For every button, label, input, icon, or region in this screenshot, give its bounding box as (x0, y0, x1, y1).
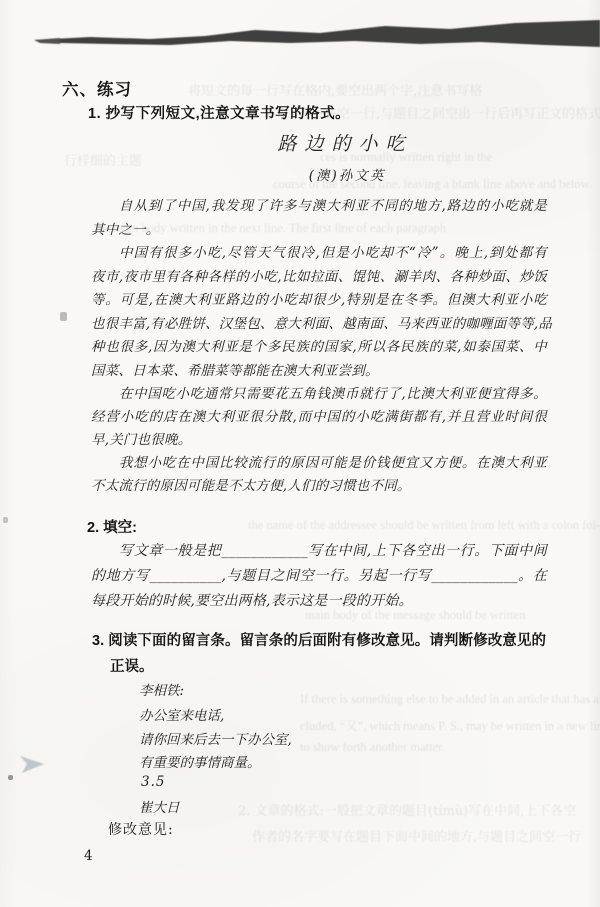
article-line: 其中之一。 (91, 220, 547, 240)
article-line: 自从到了中国,我发现了许多与澳大利亚不同的地方,路边的小吃就是 (91, 196, 547, 216)
article-title: 路边的小吃 (91, 129, 573, 156)
article-line: 也很丰富,有必胜饼、汉堡包、意大利面、越南面、马来西亚的咖喱面等等,品 (91, 314, 547, 334)
scan-artifact-band (0, 0, 600, 60)
bleedthrough-text: If there is something else to be added i… (300, 692, 600, 707)
article-line: 早,关门也很晚。 (91, 430, 547, 450)
scanned-textbook-page: 将短文的每一行写在格内,要空出两个字,注意书写格 上下各空一行,与题目之间空出一… (0, 0, 600, 907)
note-date: 3.5 (141, 774, 165, 790)
exercise-1-prompt: 1. 抄写下列短文,注意文章书写的格式。 (88, 102, 350, 123)
note-line: 有重要的事情商量。 (139, 751, 261, 771)
note-signature: 崔大日 (139, 796, 180, 816)
note-line: 办公室来电话, (139, 704, 224, 724)
article-author: (澳)孙文英 (91, 164, 575, 184)
note-salutation: 李相铁: (139, 679, 184, 699)
article-line: 中国有很多小吃,尽管天气很冷,但是小吃却不“冷”。晚上,到处都有 (91, 243, 547, 263)
scan-speck (3, 517, 8, 523)
scan-speck (8, 775, 13, 780)
bleedthrough-text: to show forth another matter. (300, 740, 445, 755)
article-line: 夜市,夜市里有各种各样的小吃,比如拉面、馄饨、涮羊肉、各种炒面、炒饭 (91, 267, 547, 287)
exercise-3-prompt-line2: 正误。 (110, 655, 154, 676)
section-heading: 六、练习 (62, 76, 132, 100)
page-number: 4 (84, 848, 93, 864)
revision-label: 修改意见: (108, 819, 174, 839)
article-line: 国菜、日本菜、希腊菜等都能在澳大利亚尝到。 (91, 361, 547, 381)
article-line: 等。可是,在澳大利亚路边的小吃却很少,特别是在冬季。但澳大利亚小吃 (91, 290, 547, 310)
scan-arrow-mark (18, 752, 48, 776)
note-line: 请你回来后去一下办公室, (139, 728, 292, 748)
fill-blank-line: 每段开始的时候,要空出两格,表示这是一段的开始。 (91, 591, 547, 611)
bleedthrough-text: cluded, “又”, which means P. S., may be w… (300, 716, 600, 734)
article-line: 在中国吃小吃通常只需要花五角钱澳币就行了,比澳大利亚便宜得多。 (91, 384, 547, 404)
article-line: 经营小吃的店在澳大利亚很分散,而中国的小吃满街都有,并且营业时间很 (91, 407, 547, 427)
fill-blank-line: 写文章一般是把____________写在中间,上下各空出一行。下面中间 (91, 541, 547, 561)
fill-blank-line: 的地方写__________,与题目之间空一行。另起一行写___________… (91, 566, 547, 586)
exercise-3-prompt-line1: 3. 阅读下面的留言条。留言条的后面附有修改意见。请判断修改意见的 (92, 629, 546, 650)
bleedthrough-text: 将短文的每一行写在格内,要空出两个字,注意书写格 (188, 80, 482, 99)
bleedthrough-text: the name of the addressee should be writ… (248, 518, 600, 533)
bleedthrough-text: 2. 文章的格式:一般把文章的题目(tímù)写在中间,上下各空 (238, 800, 576, 819)
article-line: 种也很多,因为澳大利亚是个多民族的国家,所以各民族的菜,如泰国菜、中 (91, 337, 547, 357)
article-line: 我想小吃在中国比较流行的原因可能是价钱便宜又方便。在澳大利亚 (91, 453, 547, 473)
article-line: 不太流行的原因可能是不太方便,人们的习惯也不同。 (91, 476, 547, 496)
scan-speck (60, 312, 67, 321)
exercise-2-label: 2. 填空: (87, 516, 137, 537)
bleedthrough-text: 作者的名字要写在题目下面中间的地方,与题目之间空一行 (252, 826, 581, 845)
